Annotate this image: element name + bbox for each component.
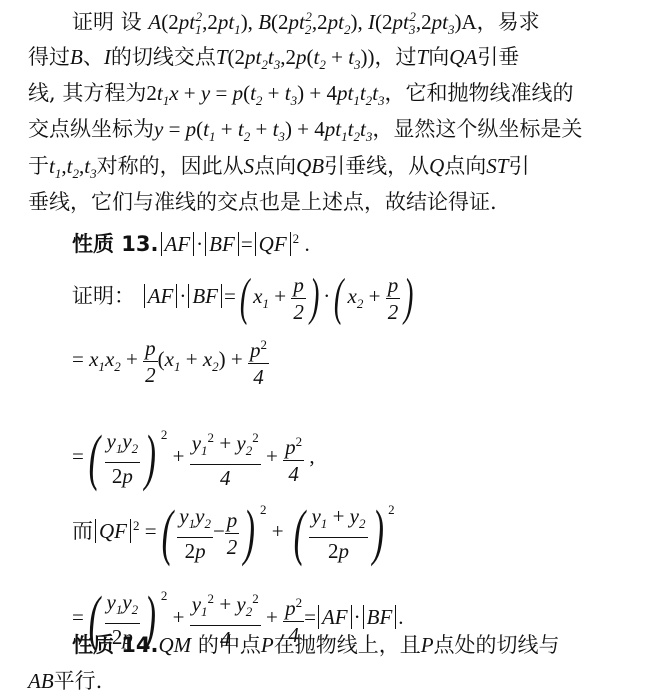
text: ，过	[375, 45, 417, 69]
text: 点向	[444, 154, 486, 178]
text: 的切线交点	[111, 45, 216, 69]
text: 点处的切线与	[434, 633, 560, 657]
text: 引垂线，从	[324, 154, 429, 178]
math-expression: QF2 =(y1y22p−p2)2 + (y1 + y22p)2	[93, 519, 395, 543]
proof-label: 证明：	[72, 284, 135, 308]
text: ，显然这个纵坐标是关	[372, 117, 582, 141]
proof-line-6: 垂线，它们与准线的交点也是上述点，故结论得证.	[28, 189, 497, 215]
math-P: P	[421, 633, 434, 657]
tangent-intersection-T: T(2pt2t3,2p(t2 + t3))	[216, 45, 375, 69]
text: 引	[508, 154, 529, 178]
math-P: P	[261, 633, 274, 657]
text: 平行.	[54, 669, 103, 693]
math-I: I	[104, 45, 111, 69]
line-suffix: A，易求	[461, 10, 539, 34]
property-label: 性质 14.	[72, 633, 159, 657]
property-14-line-2: AB平行.	[28, 668, 102, 694]
math-QA: QA	[449, 45, 477, 69]
property-13-statement: AF·BF=QF2 .	[159, 232, 310, 256]
math-QM: QM	[159, 633, 192, 657]
property-13-heading: 性质 13.AF·BF=QF2 .	[72, 226, 310, 257]
text: 、	[83, 45, 104, 69]
text: 于	[28, 154, 49, 178]
t-variables: t1,t2,t3	[49, 154, 97, 178]
text: 对称的，因此从	[97, 154, 244, 178]
proof-line-2: 得过B、I的切线交点T(2pt2t3,2p(t2 + t3))，过T向QA引垂	[28, 44, 519, 78]
text: 交点纵坐标为	[28, 117, 154, 141]
proof-line-3: 线, 其方程为2t1x + y = p(t2 + t3) + 4pt1t2t3，…	[28, 80, 574, 114]
proof-13-step-2: = x1x2 + p2(x1 + x2) + p24	[72, 332, 269, 393]
property-14-line-1: 性质 14.QM 的中点P在抛物线上，且P点处的切线与	[72, 632, 560, 658]
property-label: 性质 13.	[72, 232, 159, 256]
math-S: S	[244, 154, 255, 178]
math-ST: ST	[486, 154, 508, 178]
math-expression: =(y1y22p)2 + y12 + y224 + p24 ,	[72, 444, 315, 468]
proof-13-step-1: 证明： AF·BF=(x1 + p2)·(x2 + p2)	[72, 270, 418, 330]
proof-13-step-4: 而QF2 =(y1y22p−p2)2 + (y1 + y22p)2	[72, 480, 395, 564]
points-definition: A(2pt12,2pt1), B(2pt22,2pt2), I(2pt32,2p…	[148, 10, 461, 34]
text: 的中点	[198, 633, 261, 657]
math-T: T	[417, 45, 429, 69]
math-Q: Q	[429, 154, 444, 178]
text: 在抛物线上，且	[274, 633, 421, 657]
math-QB: QB	[296, 154, 324, 178]
text: 引垂	[477, 45, 519, 69]
intersection-y-coordinate: y = p(t1 + t2 + t3) + 4pt1t2t3	[154, 117, 372, 141]
text: ，它和抛物线准线的	[385, 81, 574, 105]
proof-line-1: 证明 设 A(2pt12,2pt1), B(2pt22,2pt2), I(2pt…	[72, 4, 540, 43]
proof-line-4: 交点纵坐标为y = p(t1 + t2 + t3) + 4pt1t2t3，显然这…	[28, 116, 582, 150]
text: 点向	[254, 154, 296, 178]
proof-label: 证明 设	[72, 10, 142, 34]
math-expression: = x1x2 + p2(x1 + x2) + p24	[72, 347, 269, 371]
math-expression: AF·BF=(x1 + p2)·(x2 + p2)	[142, 284, 418, 308]
text: 而	[72, 519, 93, 543]
text: 向	[428, 45, 449, 69]
perpendicular-equation: 2t1x + y = p(t2 + t3) + 4pt1t2t3	[146, 81, 384, 105]
math-expression: =(y1y22p)2 + y12 + y224 + p24=AF·BF.	[72, 605, 404, 629]
math-B: B	[70, 45, 83, 69]
text: 得过	[28, 45, 70, 69]
math-AB: AB	[28, 669, 54, 693]
text: 垂线，它们与准线的交点也是上述点，故结论得证.	[28, 190, 497, 214]
text: 线, 其方程为	[28, 81, 146, 105]
proof-13-step-3: =(y1y22p)2 + y12 + y224 + p24 ,	[72, 405, 315, 491]
proof-line-5: 于t1,t2,t3对称的，因此从S点向QB引垂线，从Q点向ST引	[28, 153, 529, 187]
